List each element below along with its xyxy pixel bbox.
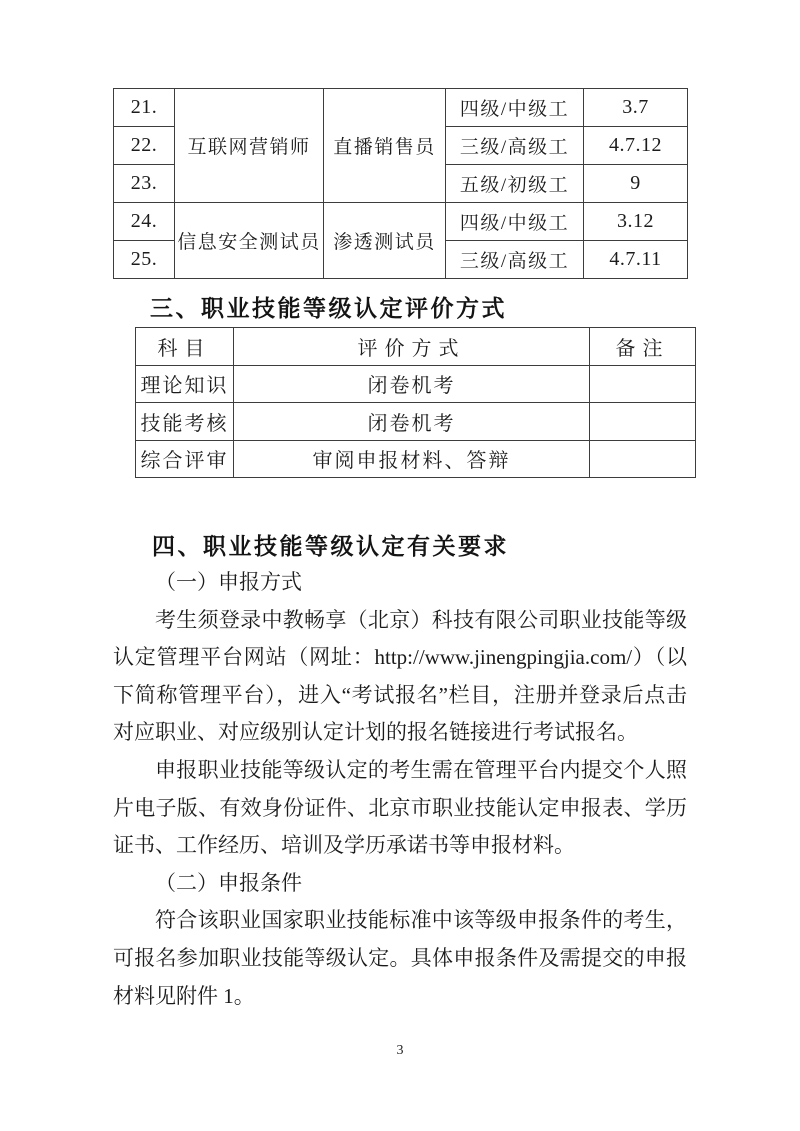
subject-header: 科目	[136, 328, 234, 366]
row-number-cell: 23.	[114, 165, 175, 203]
section3-heading: 三、职业技能等级认定评价方式	[150, 290, 507, 323]
level-cell: 三级/高级工	[446, 127, 584, 165]
remark-header: 备注	[590, 328, 696, 366]
row-number-cell: 25.	[114, 241, 175, 279]
plan-value-cell: 3.7	[584, 89, 688, 127]
sub-heading-application-method: （一）申报方式	[113, 564, 687, 602]
table-row: 综合评审 审阅申报材料、答辩	[136, 440, 696, 478]
certification-plan-table: 21. 互联网营销师 直播销售员 四级/中级工 3.7 22. 三级/高级工 4…	[113, 88, 688, 279]
plan-value-cell: 4.7.11	[584, 241, 688, 279]
paragraph-materials: 申报职业技能等级认定的考生需在管理平台内提交个人照片电子版、有效身份证件、北京市…	[113, 752, 687, 865]
remark-cell	[590, 403, 696, 441]
section4-body: （一）申报方式 考生须登录中教畅享（北京）科技有限公司职业技能等级认定管理平台网…	[113, 564, 687, 1015]
work-type-cell: 直播销售员	[324, 89, 446, 203]
work-type-cell: 渗透测试员	[324, 203, 446, 279]
level-cell: 四级/中级工	[446, 89, 584, 127]
table-row: 理论知识 闭卷机考	[136, 365, 696, 403]
subject-cell: 理论知识	[136, 365, 234, 403]
method-cell: 闭卷机考	[234, 403, 590, 441]
occupation-cell: 信息安全测试员	[175, 203, 324, 279]
plan-value-cell: 4.7.12	[584, 127, 688, 165]
paragraph-registration: 考生须登录中教畅享（北京）科技有限公司职业技能等级认定管理平台网站（网址：htt…	[113, 602, 687, 752]
subject-cell: 技能考核	[136, 403, 234, 441]
table-row: 技能考核 闭卷机考	[136, 403, 696, 441]
remark-cell	[590, 365, 696, 403]
method-header: 评价方式	[234, 328, 590, 366]
section4-heading: 四、职业技能等级认定有关要求	[152, 528, 509, 561]
row-number-cell: 21.	[114, 89, 175, 127]
table-row: 24. 信息安全测试员 渗透测试员 四级/中级工 3.12	[114, 203, 688, 241]
occupation-cell: 互联网营销师	[175, 89, 324, 203]
level-cell: 四级/中级工	[446, 203, 584, 241]
plan-value-cell: 3.12	[584, 203, 688, 241]
method-cell: 闭卷机考	[234, 365, 590, 403]
level-cell: 三级/高级工	[446, 241, 584, 279]
paragraph-conditions: 符合该职业国家职业技能标准中该等级申报条件的考生，可报名参加职业技能等级认定。具…	[113, 902, 687, 1015]
subject-cell: 综合评审	[136, 440, 234, 478]
plan-value-cell: 9	[584, 165, 688, 203]
row-number-cell: 22.	[114, 127, 175, 165]
sub-heading-application-conditions: （二）申报条件	[113, 865, 687, 903]
table-header-row: 科目 评价方式 备注	[136, 328, 696, 366]
document-page: 21. 互联网营销师 直播销售员 四级/中级工 3.7 22. 三级/高级工 4…	[0, 0, 800, 1131]
level-cell: 五级/初级工	[446, 165, 584, 203]
table-row: 21. 互联网营销师 直播销售员 四级/中级工 3.7	[114, 89, 688, 127]
evaluation-method-table: 科目 评价方式 备注 理论知识 闭卷机考 技能考核 闭卷机考 综合评审 审阅申报…	[135, 327, 696, 478]
page-number: 3	[0, 1043, 800, 1059]
remark-cell	[590, 440, 696, 478]
method-cell: 审阅申报材料、答辩	[234, 440, 590, 478]
row-number-cell: 24.	[114, 203, 175, 241]
